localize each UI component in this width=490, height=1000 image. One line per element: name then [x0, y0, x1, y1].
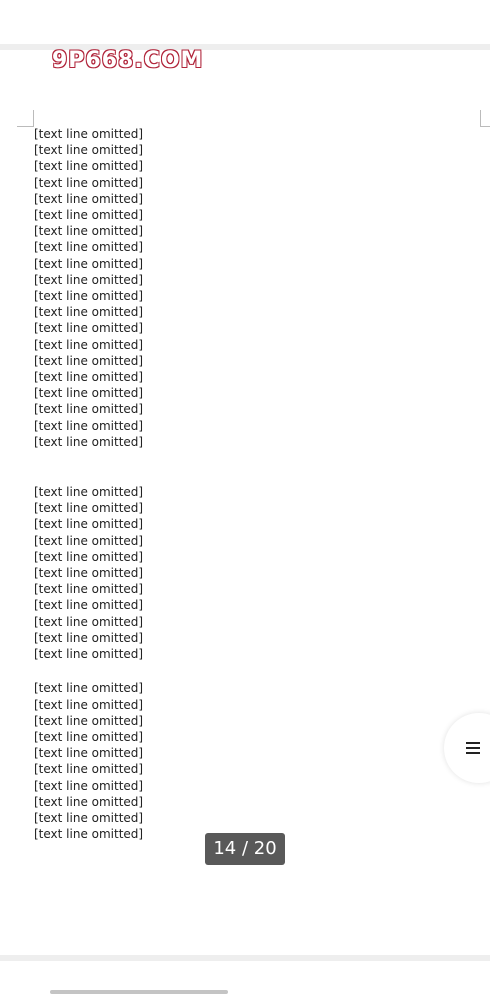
watermark-logo: 9P668.COM — [52, 48, 203, 73]
page-corner-mark — [17, 110, 34, 127]
text-line: [text line omitted] — [34, 646, 484, 662]
text-line: [text line omitted] — [34, 369, 484, 385]
text-line: [text line omitted] — [34, 630, 484, 646]
text-line: [text line omitted] — [34, 385, 484, 401]
text-line: [text line omitted] — [34, 549, 484, 565]
text-line: [text line omitted] — [34, 223, 484, 239]
text-line: [text line omitted] — [34, 239, 484, 255]
text-line: [text line omitted] — [34, 810, 484, 826]
horizontal-scrollbar[interactable] — [50, 990, 228, 994]
text-line: [text line omitted] — [34, 304, 484, 320]
text-line: [text line omitted] — [34, 126, 484, 142]
text-line: [text line omitted] — [34, 745, 484, 761]
text-line: [text line omitted] — [34, 191, 484, 207]
document-body: [text line omitted][text line omitted][t… — [34, 126, 484, 842]
text-line: [text line omitted] — [34, 516, 484, 532]
text-line: [text line omitted] — [34, 713, 484, 729]
text-line: [text line omitted] — [34, 597, 484, 613]
text-line: [text line omitted] — [34, 418, 484, 434]
text-line: [text line omitted] — [34, 175, 484, 191]
page-separator — [0, 955, 490, 961]
text-line: [text line omitted] — [34, 434, 484, 450]
text-line: [text line omitted] — [34, 778, 484, 794]
text-line: [text line omitted] — [34, 353, 484, 369]
paragraph-gap — [34, 662, 484, 680]
page-corner-mark — [480, 110, 490, 127]
paragraph-gap — [34, 450, 484, 484]
text-line: [text line omitted] — [34, 142, 484, 158]
text-line: [text line omitted] — [34, 761, 484, 777]
text-line: [text line omitted] — [34, 158, 484, 174]
text-line: [text line omitted] — [34, 288, 484, 304]
text-line: [text line omitted] — [34, 320, 484, 336]
text-line: [text line omitted] — [34, 794, 484, 810]
text-line: [text line omitted] — [34, 533, 484, 549]
text-line: [text line omitted] — [34, 256, 484, 272]
text-line: [text line omitted] — [34, 337, 484, 353]
text-line: [text line omitted] — [34, 207, 484, 223]
page-indicator: 14 / 20 — [205, 833, 285, 865]
text-line: [text line omitted] — [34, 401, 484, 417]
text-line: [text line omitted] — [34, 581, 484, 597]
text-line: [text line omitted] — [34, 697, 484, 713]
text-line: [text line omitted] — [34, 680, 484, 696]
text-line: [text line omitted] — [34, 565, 484, 581]
text-line: [text line omitted] — [34, 729, 484, 745]
text-line: [text line omitted] — [34, 484, 484, 500]
text-line: [text line omitted] — [34, 500, 484, 516]
text-line: [text line omitted] — [34, 272, 484, 288]
text-line: [text line omitted] — [34, 614, 484, 630]
previous-page-bottom — [0, 0, 490, 44]
